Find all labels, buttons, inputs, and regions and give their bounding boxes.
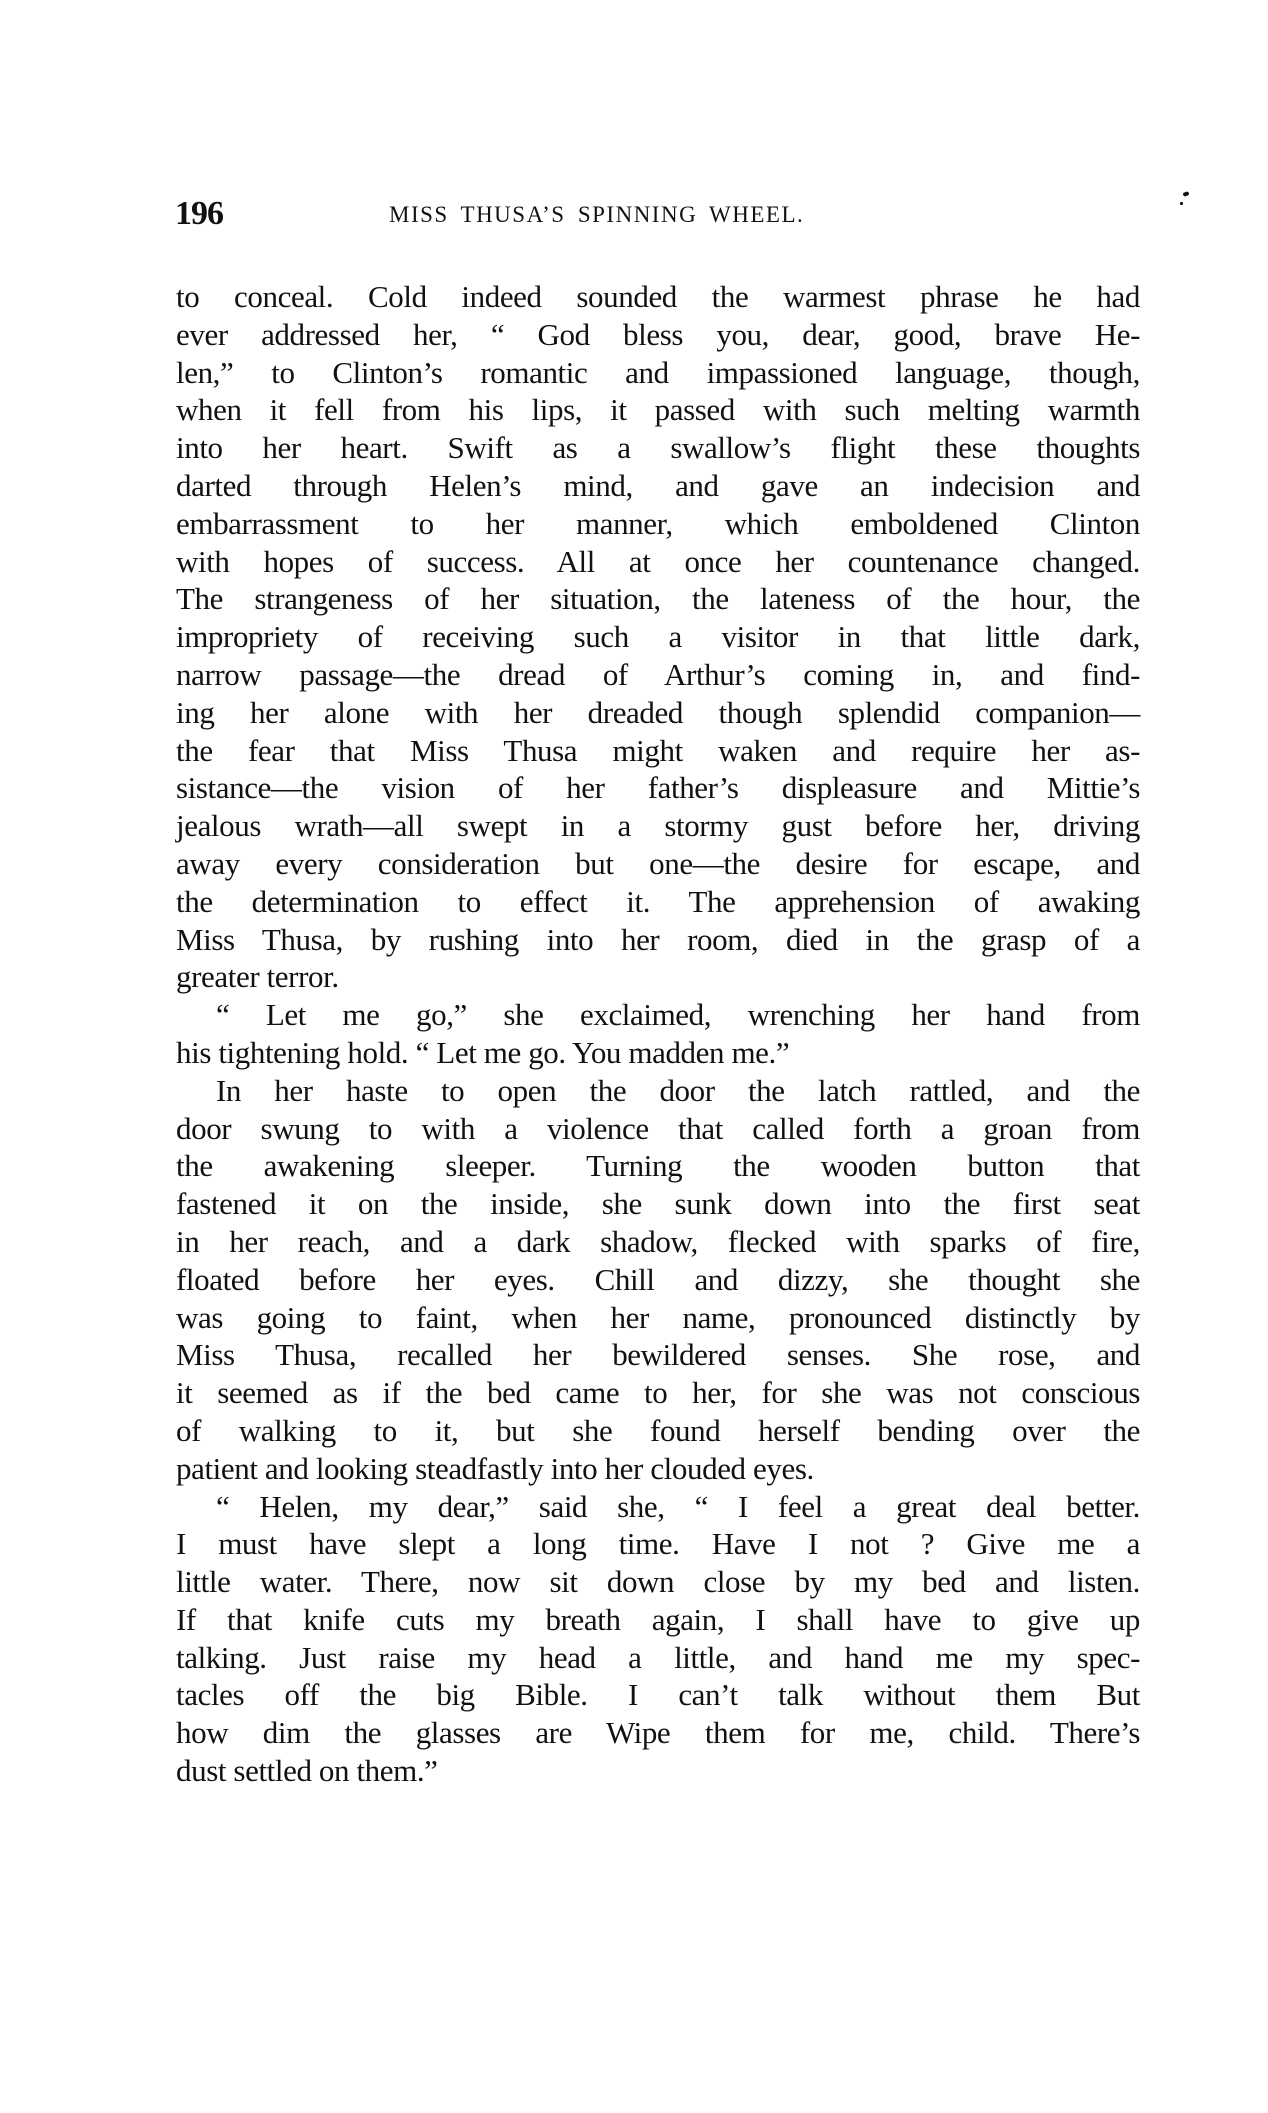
text-line: “ Helen, my dear,” said she, “ I feel a … xyxy=(176,1488,1140,1526)
ink-speck-mark xyxy=(1182,191,1189,197)
text-line: sistance—the vision of her father’s disp… xyxy=(176,769,1140,807)
text-line: how dim the glasses are Wipe them for me… xyxy=(176,1714,1140,1752)
text-line: his tightening hold. “ Let me go. You ma… xyxy=(176,1034,1140,1072)
text-line: it seemed as if the bed came to her, for… xyxy=(176,1374,1140,1412)
text-line: Miss Thusa, recalled her bewildered sens… xyxy=(176,1336,1140,1374)
text-line: when it fell from his lips, it passed wi… xyxy=(176,391,1140,429)
text-line: “ Let me go,” she exclaimed, wrenching h… xyxy=(176,996,1140,1034)
text-line: to conceal. Cold indeed sounded the warm… xyxy=(176,278,1140,316)
text-line: greater terror. xyxy=(176,958,1140,996)
text-line: patient and looking steadfastly into her… xyxy=(176,1450,1140,1488)
text-line: with hopes of success. All at once her c… xyxy=(176,543,1140,581)
text-line: away every consideration but one—the des… xyxy=(176,845,1140,883)
text-line: in her reach, and a dark shadow, flecked… xyxy=(176,1223,1140,1261)
running-title: MISS THUSA’S SPINNING WHEEL. xyxy=(389,200,804,230)
text-line: the fear that Miss Thusa might waken and… xyxy=(176,732,1140,770)
text-line: tacles off the big Bible. I can’t talk w… xyxy=(176,1676,1140,1714)
text-line: darted through Helen’s mind, and gave an… xyxy=(176,467,1140,505)
text-line: jealous wrath—all swept in a stormy gust… xyxy=(176,807,1140,845)
text-line: len,” to Clinton’s romantic and impassio… xyxy=(176,354,1140,392)
text-line: fastened it on the inside, she sunk down… xyxy=(176,1185,1140,1223)
text-line: into her heart. Swift as a swallow’s fli… xyxy=(176,429,1140,467)
ink-speck-mark xyxy=(1180,202,1183,205)
text-line: of walking to it, but she found herself … xyxy=(176,1412,1140,1450)
text-line: dust settled on them.” xyxy=(176,1752,1140,1790)
paragraph: “ Let me go,” she exclaimed, wrenching h… xyxy=(176,996,1140,1072)
paragraph: In her haste to open the door the latch … xyxy=(176,1072,1140,1488)
text-line: was going to faint, when her name, prono… xyxy=(176,1299,1140,1337)
text-line: In her haste to open the door the latch … xyxy=(176,1072,1140,1110)
text-line: little water. There, now sit down close … xyxy=(176,1563,1140,1601)
paragraph: to conceal. Cold indeed sounded the warm… xyxy=(176,278,1140,996)
text-line: door swung to with a violence that calle… xyxy=(176,1110,1140,1148)
text-line: ing her alone with her dreaded though sp… xyxy=(176,694,1140,732)
text-line: impropriety of receiving such a visitor … xyxy=(176,618,1140,656)
text-line: ever addressed her, “ God bless you, dea… xyxy=(176,316,1140,354)
text-line: floated before her eyes. Chill and dizzy… xyxy=(176,1261,1140,1299)
text-line: the determination to effect it. The appr… xyxy=(176,883,1140,921)
text-line: If that knife cuts my breath again, I sh… xyxy=(176,1601,1140,1639)
text-line: The strangeness of her situation, the la… xyxy=(176,580,1140,618)
text-line: embarrassment to her manner, which embol… xyxy=(176,505,1140,543)
running-head: 196 MISS THUSA’S SPINNING WHEEL. xyxy=(175,196,935,232)
body-text: to conceal. Cold indeed sounded the warm… xyxy=(176,278,1140,1790)
text-line: I must have slept a long time. Have I no… xyxy=(176,1525,1140,1563)
page-number: 196 xyxy=(175,196,223,232)
paragraph: “ Helen, my dear,” said she, “ I feel a … xyxy=(176,1488,1140,1790)
text-line: Miss Thusa, by rushing into her room, di… xyxy=(176,921,1140,959)
text-line: talking. Just raise my head a little, an… xyxy=(176,1639,1140,1677)
text-line: narrow passage—the dread of Arthur’s com… xyxy=(176,656,1140,694)
text-line: the awakening sleeper. Turning the woode… xyxy=(176,1147,1140,1185)
